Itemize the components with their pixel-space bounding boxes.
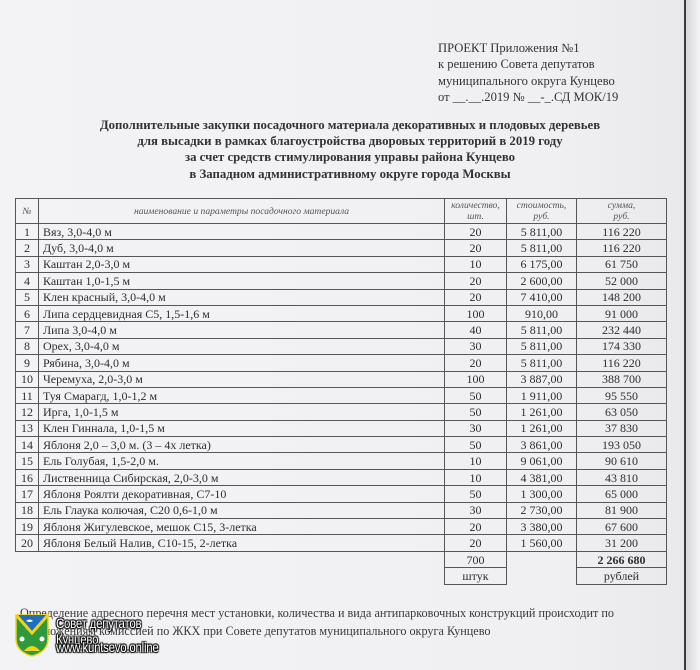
row-price: 9 061,00 bbox=[507, 453, 577, 469]
row-num: 20 bbox=[16, 535, 39, 551]
row-name: Каштан 2,0-3,0 м bbox=[39, 256, 445, 272]
row-sum: 116 220 bbox=[577, 240, 667, 256]
table-row: 3Каштан 2,0-3,0 м106 175,0061 750 bbox=[16, 256, 667, 272]
row-price: 5 811,00 bbox=[507, 338, 577, 354]
row-qty: 20 bbox=[445, 273, 507, 289]
watermark[interactable]: Совет депутатов Кунцево www.kuntsevo.onl… bbox=[14, 613, 214, 663]
table-row: 18Ель Глаука колючая, С20 0,6-1,0 м302 7… bbox=[16, 502, 667, 518]
row-sum: 81 900 bbox=[577, 502, 667, 518]
row-num: 11 bbox=[16, 387, 39, 403]
row-price: 1 300,00 bbox=[507, 486, 577, 502]
table-row: 14Яблоня 2,0 – 3,0 м. (3 – 4х летка)503 … bbox=[16, 437, 667, 453]
row-price: 3 380,00 bbox=[507, 519, 577, 535]
table-row: 5Клен красный, 3,0-4,0 м207 410,00148 20… bbox=[16, 289, 667, 305]
row-num: 6 bbox=[16, 305, 39, 321]
row-sum: 116 220 bbox=[577, 355, 667, 371]
row-sum: 95 550 bbox=[577, 387, 667, 403]
header-sum-label: сумма, bbox=[608, 200, 636, 211]
header-qty-unit: шт. bbox=[467, 211, 484, 222]
row-price: 1 261,00 bbox=[507, 404, 577, 420]
row-num: 10 bbox=[16, 371, 39, 387]
row-price: 6 175,00 bbox=[507, 256, 577, 272]
row-num: 16 bbox=[16, 469, 39, 485]
row-price: 2 600,00 bbox=[507, 273, 577, 289]
row-qty: 20 bbox=[445, 535, 507, 551]
header-price-label: стоимость, bbox=[517, 200, 567, 211]
row-price: 4 381,00 bbox=[507, 469, 577, 485]
row-sum: 232 440 bbox=[577, 322, 667, 338]
row-name: Липа сердцевидная С5, 1,5-1,6 м bbox=[39, 305, 445, 321]
row-qty: 40 bbox=[445, 322, 507, 338]
header-price: стоимость, руб. bbox=[507, 199, 577, 224]
row-name: Лиственница Сибирская, 2,0-3,0 м bbox=[39, 469, 445, 485]
row-price: 3 887,00 bbox=[507, 371, 577, 387]
row-qty: 30 bbox=[445, 338, 507, 354]
table-row: 15Ель Голубая, 1,5-2,0 м.109 061,0090 61… bbox=[16, 453, 667, 469]
table-row: 17Яблоня Роялти декоративная, С7-10501 3… bbox=[16, 486, 667, 502]
row-name: Яблоня Белый Налив, С10-15, 2-летка bbox=[39, 535, 445, 551]
row-num: 18 bbox=[16, 502, 39, 518]
row-name: Ель Глаука колючая, С20 0,6-1,0 м bbox=[39, 502, 445, 518]
row-qty: 50 bbox=[445, 387, 507, 403]
row-name: Липа 3,0-4,0 м bbox=[39, 322, 445, 338]
row-sum: 63 050 bbox=[577, 404, 667, 420]
header-name: наименование и параметры посадочного мат… bbox=[39, 199, 445, 224]
total-sum: 2 266 680 bbox=[577, 551, 667, 567]
table-row: 16Лиственница Сибирская, 2,0-3,0 м104 38… bbox=[16, 469, 667, 485]
row-name: Клен Гиннала, 1,0-1,5 м bbox=[39, 420, 445, 436]
header-line: ПРОЕКТ Приложения №1 bbox=[438, 40, 618, 56]
table-row: 2Дуб, 3,0-4,0 м205 811,00116 220 bbox=[16, 240, 667, 256]
table-row: 20Яблоня Белый Налив, С10-15, 2-летка201… bbox=[16, 535, 667, 551]
table-row: 19Яблоня Жигулевское, мешок С15, 3-летка… bbox=[16, 519, 667, 535]
row-sum: 388 700 bbox=[577, 371, 667, 387]
row-qty: 100 bbox=[445, 371, 507, 387]
row-name: Клен красный, 3,0-4,0 м bbox=[39, 289, 445, 305]
totals-row: 700 2 266 680 bbox=[16, 551, 667, 567]
header-sum-unit: руб. bbox=[613, 211, 629, 222]
row-name: Ирга, 1,0-1,5 м bbox=[39, 404, 445, 420]
row-num: 13 bbox=[16, 420, 39, 436]
header-line: от __.__.2019 № __-_.СД МОК/19 bbox=[438, 89, 618, 105]
approval-header: ПРОЕКТ Приложения №1 к решению Совета де… bbox=[438, 40, 618, 106]
row-sum: 52 000 bbox=[577, 273, 667, 289]
header-num: № bbox=[16, 199, 39, 224]
row-name: Яблоня 2,0 – 3,0 м. (3 – 4х летка) bbox=[39, 437, 445, 453]
header-line: муниципального округа Кунцево bbox=[438, 73, 618, 89]
row-name: Ель Голубая, 1,5-2,0 м. bbox=[39, 453, 445, 469]
scan-margin bbox=[686, 0, 700, 670]
row-num: 17 bbox=[16, 486, 39, 502]
row-qty: 50 bbox=[445, 437, 507, 453]
header-line: к решению Совета депутатов bbox=[438, 56, 618, 72]
row-sum: 193 050 bbox=[577, 437, 667, 453]
total-qty: 700 bbox=[445, 551, 507, 567]
total-qty-unit: штук bbox=[445, 568, 507, 584]
row-price: 3 861,00 bbox=[507, 437, 577, 453]
title-line: за счет средств стимулирования управы ра… bbox=[70, 149, 630, 165]
title-line: Дополнительные закупки посадочного матер… bbox=[70, 117, 630, 133]
document-title: Дополнительные закупки посадочного матер… bbox=[70, 117, 630, 182]
header-sum: сумма, руб. bbox=[577, 199, 667, 224]
row-name: Рябина, 3,0-4,0 м bbox=[39, 355, 445, 371]
row-qty: 20 bbox=[445, 289, 507, 305]
row-qty: 20 bbox=[445, 519, 507, 535]
table-row: 11Туя Смарагд, 1,0-1,2 м501 911,0095 550 bbox=[16, 387, 667, 403]
row-qty: 30 bbox=[445, 420, 507, 436]
row-price: 1 261,00 bbox=[507, 420, 577, 436]
row-sum: 37 830 bbox=[577, 420, 667, 436]
title-line: для высадки в рамках благоустройства дво… bbox=[70, 133, 630, 149]
table-row: 10Черемуха, 2,0-3,0 м1003 887,00388 700 bbox=[16, 371, 667, 387]
planting-material-table: № наименование и параметры посадочного м… bbox=[15, 198, 667, 585]
row-num: 3 bbox=[16, 256, 39, 272]
table-row: 9Рябина, 3,0-4,0 м205 811,00116 220 bbox=[16, 355, 667, 371]
table-row: 12Ирга, 1,0-1,5 м501 261,0063 050 bbox=[16, 404, 667, 420]
row-qty: 50 bbox=[445, 486, 507, 502]
row-num: 4 bbox=[16, 273, 39, 289]
row-name: Черемуха, 2,0-3,0 м bbox=[39, 371, 445, 387]
row-name: Туя Смарагд, 1,0-1,2 м bbox=[39, 387, 445, 403]
row-name: Яблоня Роялти декоративная, С7-10 bbox=[39, 486, 445, 502]
row-sum: 148 200 bbox=[577, 289, 667, 305]
row-price: 5 811,00 bbox=[507, 322, 577, 338]
total-sum-unit: рублей bbox=[577, 568, 667, 584]
row-num: 7 bbox=[16, 322, 39, 338]
row-sum: 91 000 bbox=[577, 305, 667, 321]
row-price: 5 811,00 bbox=[507, 224, 577, 240]
row-name: Каштан 1,0-1,5 м bbox=[39, 273, 445, 289]
header-qty: количество, шт. bbox=[445, 199, 507, 224]
row-price: 5 811,00 bbox=[507, 355, 577, 371]
table-row: 6Липа сердцевидная С5, 1,5-1,6 м100910,0… bbox=[16, 305, 667, 321]
row-sum: 174 330 bbox=[577, 338, 667, 354]
row-num: 15 bbox=[16, 453, 39, 469]
row-price: 2 730,00 bbox=[507, 502, 577, 518]
row-num: 1 bbox=[16, 224, 39, 240]
row-sum: 61 750 bbox=[577, 256, 667, 272]
row-sum: 90 610 bbox=[577, 453, 667, 469]
row-price: 7 410,00 bbox=[507, 289, 577, 305]
row-qty: 30 bbox=[445, 502, 507, 518]
row-sum: 43 810 bbox=[577, 469, 667, 485]
table-row: 4Каштан 1,0-1,5 м202 600,0052 000 bbox=[16, 273, 667, 289]
row-num: 2 bbox=[16, 240, 39, 256]
row-qty: 100 bbox=[445, 305, 507, 321]
totals-units-row: штук рублей bbox=[16, 568, 667, 584]
row-name: Вяз, 3,0-4,0 м bbox=[39, 224, 445, 240]
row-price: 5 811,00 bbox=[507, 240, 577, 256]
row-num: 8 bbox=[16, 338, 39, 354]
header-price-unit: руб. bbox=[533, 211, 549, 222]
row-sum: 31 200 bbox=[577, 535, 667, 551]
document-page: ПРОЕКТ Приложения №1 к решению Совета де… bbox=[0, 0, 686, 670]
table-row: 8Орех, 3,0-4,0 м305 811,00174 330 bbox=[16, 338, 667, 354]
row-num: 5 bbox=[16, 289, 39, 305]
row-num: 9 bbox=[16, 355, 39, 371]
row-qty: 20 bbox=[445, 355, 507, 371]
row-name: Орех, 3,0-4,0 м bbox=[39, 338, 445, 354]
row-num: 12 bbox=[16, 404, 39, 420]
row-qty: 10 bbox=[445, 453, 507, 469]
table-row: 7Липа 3,0-4,0 м405 811,00232 440 bbox=[16, 322, 667, 338]
row-price: 1 911,00 bbox=[507, 387, 577, 403]
row-name: Дуб, 3,0-4,0 м bbox=[39, 240, 445, 256]
watermark-url[interactable]: www.kuntsevo.online bbox=[56, 639, 159, 655]
table-row: 13Клен Гиннала, 1,0-1,5 м301 261,0037 83… bbox=[16, 420, 667, 436]
table-header-row: № наименование и параметры посадочного м… bbox=[16, 199, 667, 224]
header-qty-label: количество, bbox=[451, 200, 500, 211]
row-num: 14 bbox=[16, 437, 39, 453]
row-qty: 10 bbox=[445, 256, 507, 272]
row-qty: 20 bbox=[445, 224, 507, 240]
row-qty: 20 bbox=[445, 240, 507, 256]
row-sum: 65 000 bbox=[577, 486, 667, 502]
row-qty: 10 bbox=[445, 469, 507, 485]
row-price: 1 560,00 bbox=[507, 535, 577, 551]
row-price: 910,00 bbox=[507, 305, 577, 321]
row-sum: 67 600 bbox=[577, 519, 667, 535]
table-row: 1Вяз, 3,0-4,0 м205 811,00116 220 bbox=[16, 224, 667, 240]
kuntsevo-coat-of-arms-icon bbox=[14, 613, 50, 657]
row-qty: 50 bbox=[445, 404, 507, 420]
row-num: 19 bbox=[16, 519, 39, 535]
row-sum: 116 220 bbox=[577, 224, 667, 240]
title-line: в Западном административному округе горо… bbox=[70, 166, 630, 182]
row-name: Яблоня Жигулевское, мешок С15, 3-летка bbox=[39, 519, 445, 535]
